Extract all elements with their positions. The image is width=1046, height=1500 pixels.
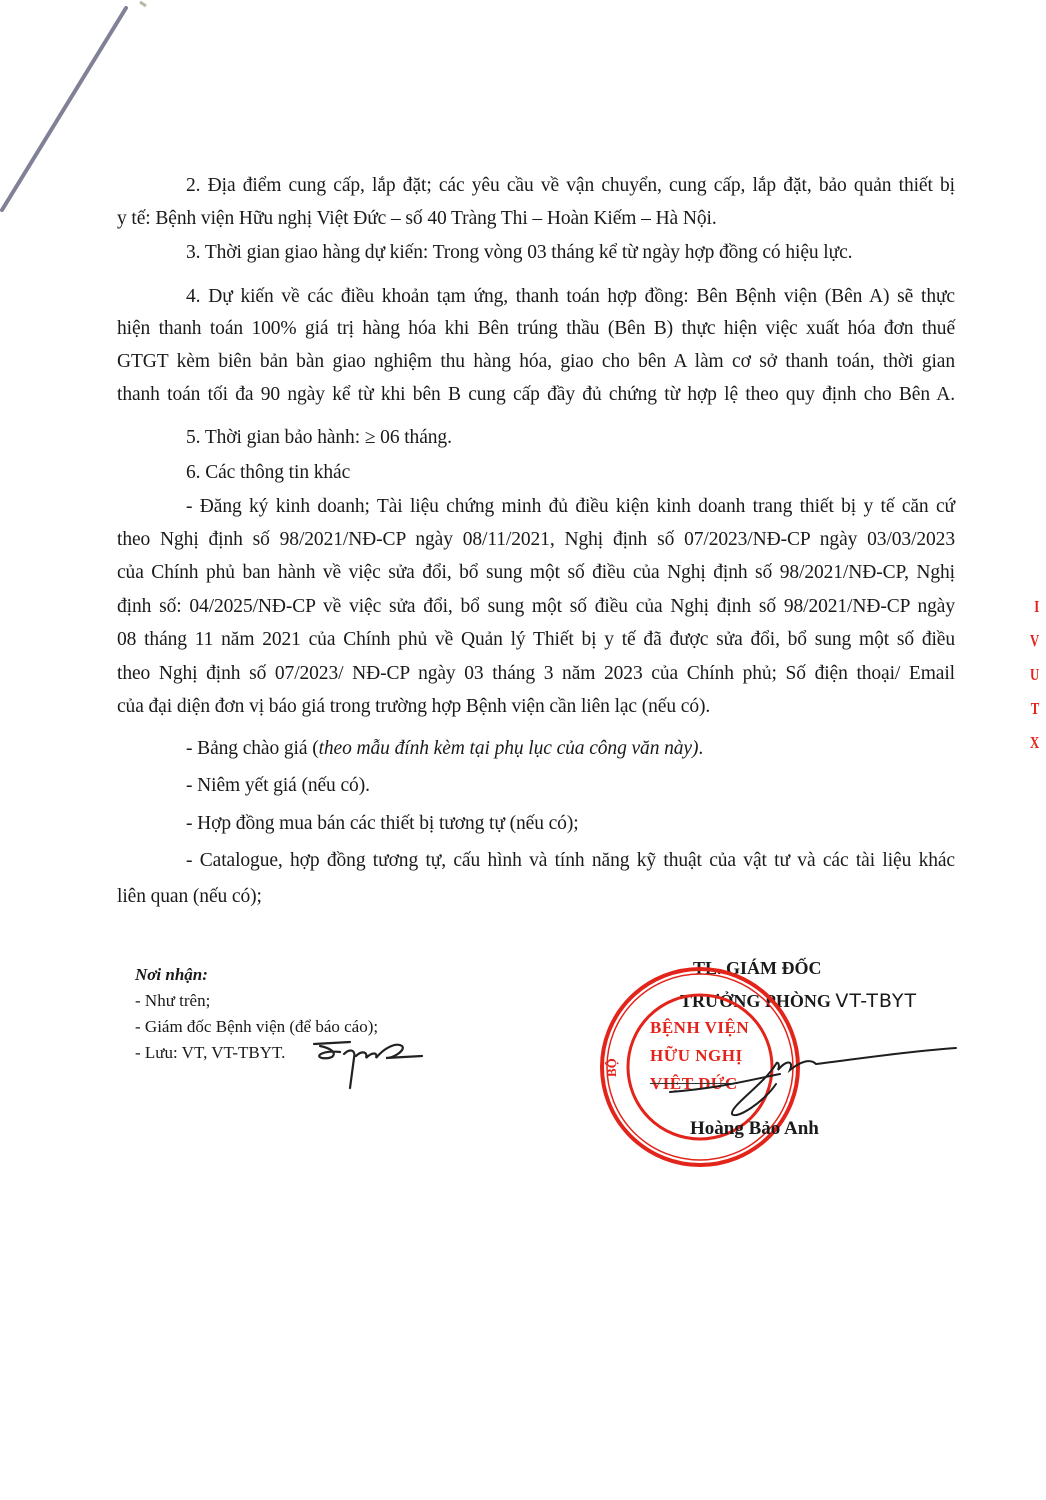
item-6a-line-7: của đại diện đơn vị báo giá trong trường… [117, 697, 955, 717]
item-4-line-3: GTGT kèm biên bản bàn giao nghiệm thu hà… [117, 352, 955, 372]
item-6a-line-5: 08 tháng 11 năm 2021 của Chính phủ về Qu… [117, 630, 955, 650]
svg-text:BỘ: BỘ [604, 1058, 619, 1077]
item-4-line-2: hiện thanh toán 100% giá trị hàng hóa kh… [117, 319, 955, 339]
item-6a-line-1: - Đăng ký kinh doanh; Tài liệu chứng min… [186, 497, 955, 517]
item-6: 6. Các thông tin khác [186, 463, 955, 483]
item-5: 5. Thời gian bảo hành: ≥ 06 tháng. [186, 428, 955, 448]
edge-stamp-fragment: I V U T X [1016, 590, 1046, 790]
item-3: 3. Thời gian giao hàng dự kiến: Trong vò… [186, 243, 955, 263]
item-6e-line-2: liên quan (nếu có); [117, 887, 955, 907]
item-6a-line-2: theo Nghị định số 98/2021/NĐ-CP ngày 08/… [117, 530, 955, 550]
item-6a-line-3: của Chính phủ ban hành về việc sửa đổi, … [117, 563, 955, 583]
handwritten-signature-icon [660, 1030, 960, 1130]
recipient-item: - Như trên; [135, 988, 378, 1014]
item-4-line-4: thanh toán tối đa 90 ngày kể từ khi bên … [117, 385, 955, 405]
recipients-title: Nơi nhận: [135, 962, 378, 988]
item-6a-line-4: định số: 04/2025/NĐ-CP về việc sửa đổi, … [117, 597, 955, 617]
item-6d-contracts: - Hợp đồng mua bán các thiết bị tương tự… [186, 814, 955, 834]
signer-name: Hoàng Bảo Anh [690, 1118, 819, 1140]
scan-artifact-line [0, 0, 160, 220]
item-6c-price-listing: - Niêm yết giá (nếu có). [186, 776, 955, 796]
document-page: I V U T X 2. Địa điểm cung cấp, lắp đặt;… [0, 0, 1046, 1500]
item-6b-price-quote: - Bảng chào giá (theo mẫu đính kèm tại p… [186, 739, 955, 759]
item-6a-line-6: theo Nghị định số 07/2023/ NĐ-CP ngày 03… [117, 664, 955, 684]
item-2-line-2: y tế: Bệnh viện Hữu nghị Việt Đức – số 4… [117, 209, 955, 229]
item-2-line-1: 2. Địa điểm cung cấp, lắp đặt; các yêu c… [186, 176, 955, 196]
initials-signature-icon [310, 1036, 430, 1092]
item-4-line-1: 4. Dự kiến về các điều khoản tạm ứng, th… [186, 287, 955, 307]
item-6e-line-1: - Catalogue, hợp đồng tương tự, cấu hình… [186, 851, 955, 871]
